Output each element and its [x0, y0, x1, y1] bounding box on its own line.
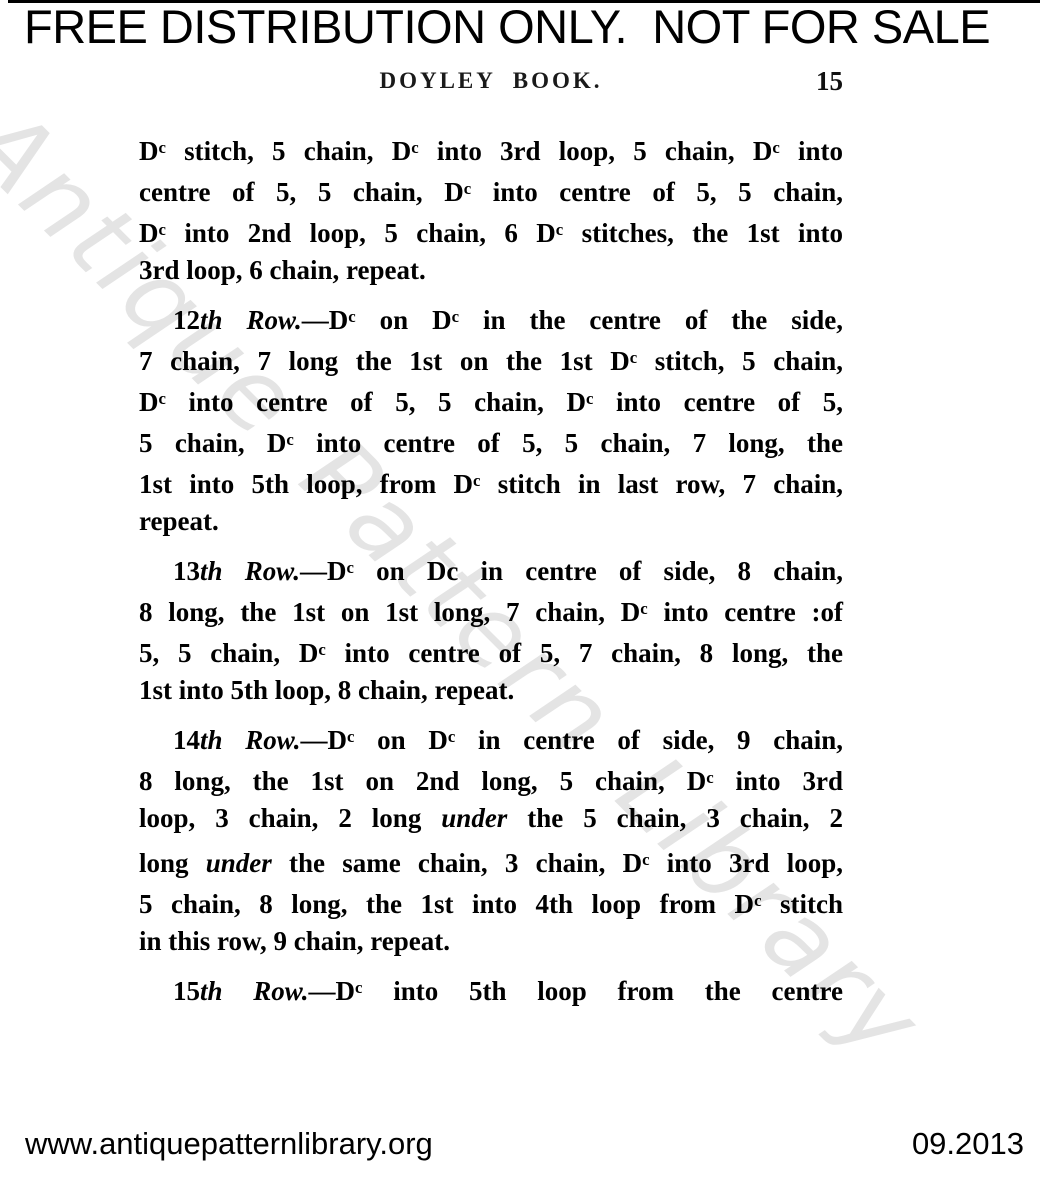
- footer: www.antiquepatternlibrary.org 09.2013: [25, 1126, 1024, 1162]
- superscript-c: c: [706, 768, 713, 787]
- text-line: centre of 5, 5 chain, Dc into centre of …: [139, 168, 843, 209]
- text-line: long under the same chain, 3 chain, Dc i…: [139, 839, 843, 880]
- superscript-c: c: [642, 850, 649, 869]
- text-line: repeat.: [139, 501, 843, 542]
- text-line: 12th Row.—Dc on Dc in the centre of the …: [139, 296, 843, 337]
- paragraph: 15th Row.—Dc into 5th loop from the cent…: [139, 967, 843, 1008]
- paragraph: 14th Row.—Dc on Dc in centre of side, 9 …: [139, 716, 843, 962]
- text-line: loop, 3 chain, 2 long under the 5 chain,…: [139, 798, 843, 839]
- superscript-c: c: [159, 138, 166, 157]
- text-line: 15th Row.—Dc into 5th loop from the cent…: [139, 967, 843, 1008]
- text-line: in this row, 9 chain, repeat.: [139, 921, 843, 962]
- scanned-book-page: FREE DISTRIBUTION ONLY. NOT FOR SALE Ant…: [0, 0, 1050, 1182]
- text-line: Dc into 2nd loop, 5 chain, 6 Dc stitches…: [139, 209, 843, 250]
- superscript-c: c: [159, 220, 166, 239]
- text-line: Dc into centre of 5, 5 chain, Dc into ce…: [139, 378, 843, 419]
- text-line: 1st into 5th loop, from Dc stitch in las…: [139, 460, 843, 501]
- text-line: 13th Row.—Dc on Dc in centre of side, 8 …: [139, 547, 843, 588]
- text-line: 7 chain, 7 long the 1st on the 1st Dc st…: [139, 337, 843, 378]
- superscript-c: c: [286, 430, 293, 449]
- book-title: DOYLEY BOOK.: [139, 68, 843, 94]
- superscript-c: c: [452, 307, 459, 326]
- text-line: 3rd loop, 6 chain, repeat.: [139, 250, 843, 291]
- footer-date: 09.2013: [912, 1126, 1024, 1162]
- text-line: 5 chain, Dc into centre of 5, 5 chain, 7…: [139, 419, 843, 460]
- text-line: 5, 5 chain, Dc into centre of 5, 7 chain…: [139, 629, 843, 670]
- superscript-c: c: [159, 389, 166, 408]
- text-line: Dc stitch, 5 chain, Dc into 3rd loop, 5 …: [139, 127, 843, 168]
- text-line: 8 long, the 1st on 1st long, 7 chain, Dc…: [139, 588, 843, 629]
- paragraph: 12th Row.—Dc on Dc in the centre of the …: [139, 296, 843, 542]
- running-head: DOYLEY BOOK. 15: [139, 68, 843, 100]
- text-line: 14th Row.—Dc on Dc in centre of side, 9 …: [139, 716, 843, 757]
- footer-website: www.antiquepatternlibrary.org: [25, 1126, 433, 1162]
- superscript-c: c: [772, 138, 779, 157]
- superscript-c: c: [754, 891, 761, 910]
- body-text: Dc stitch, 5 chain, Dc into 3rd loop, 5 …: [139, 127, 843, 1013]
- superscript-c: c: [346, 558, 353, 577]
- paragraph: 13th Row.—Dc on Dc in centre of side, 8 …: [139, 547, 843, 711]
- superscript-c: c: [348, 307, 355, 326]
- superscript-c: c: [411, 138, 418, 157]
- text-line: 1st into 5th loop, 8 chain, repeat.: [139, 670, 843, 711]
- free-distribution-banner: FREE DISTRIBUTION ONLY. NOT FOR SALE: [24, 2, 1026, 52]
- superscript-c: c: [640, 599, 647, 618]
- text-line: 5 chain, 8 long, the 1st into 4th loop f…: [139, 880, 843, 921]
- page-number: 15: [816, 66, 843, 97]
- text-line: 8 long, the 1st on 2nd long, 5 chain, Dc…: [139, 757, 843, 798]
- paragraph: Dc stitch, 5 chain, Dc into 3rd loop, 5 …: [139, 127, 843, 291]
- superscript-c: c: [318, 640, 325, 659]
